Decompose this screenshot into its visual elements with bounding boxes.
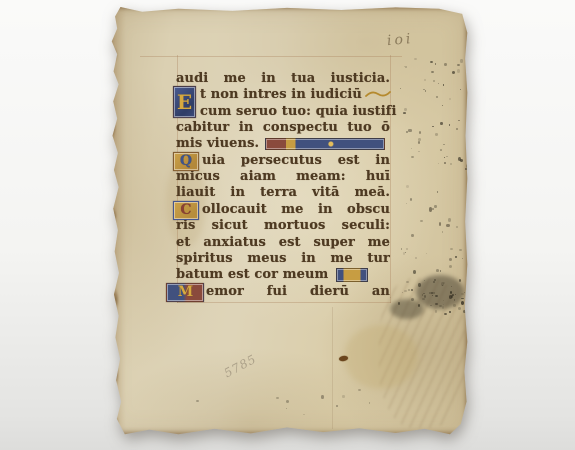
- ink-speck: [442, 306, 444, 309]
- ink-smudge: [390, 299, 424, 319]
- ink-speck: [444, 162, 446, 164]
- manuscript-text-line: spiritus meus in me tur: [176, 251, 390, 267]
- ink-speck: [411, 298, 414, 301]
- ink-speck: [443, 144, 445, 146]
- fold-crease: [332, 307, 333, 429]
- latin-text: cum seruo tuo: quia iustifi: [176, 104, 397, 119]
- ink-speck: [418, 138, 421, 141]
- edge-stain: [106, 117, 115, 139]
- ink-speck: [446, 224, 449, 227]
- manuscript-leaf-shadow: ioi 5785 audi me in tua iusticia.Et non …: [106, 7, 468, 436]
- ink-speck: [286, 408, 287, 409]
- latin-text: uia persecutus est in: [176, 153, 390, 168]
- ink-speck: [449, 98, 451, 101]
- manuscript-text-line: ris sicut mortuos seculi:: [176, 218, 390, 234]
- ink-speck: [426, 253, 428, 254]
- ink-speck: [446, 156, 448, 158]
- ink-speck: [438, 83, 439, 84]
- ink-speck: [449, 265, 452, 268]
- ink-speck: [443, 304, 445, 306]
- ink-speck: [404, 290, 407, 292]
- ink-speck: [414, 58, 417, 60]
- ink-speck: [321, 395, 324, 399]
- ink-speck: [415, 257, 417, 259]
- ink-speck: [443, 84, 445, 85]
- ink-speck: [440, 149, 443, 151]
- edge-stain: [107, 47, 117, 63]
- ink-speck: [406, 281, 409, 283]
- latin-text: micus aiam meam: huī: [176, 169, 390, 184]
- ink-speck: [336, 405, 338, 407]
- latin-text: emor fui dierū an: [176, 284, 390, 299]
- illuminated-initial-q: Q: [173, 152, 199, 171]
- latin-text: spiritus meus in me tur: [176, 251, 390, 266]
- ink-speck: [448, 218, 451, 222]
- ink-speck: [433, 80, 435, 82]
- manuscript-leaf: ioi 5785 audi me in tua iusticia.Et non …: [106, 7, 468, 436]
- ruling-line-horizontal-bottom: [177, 302, 391, 303]
- ink-speck: [431, 71, 434, 74]
- ink-speck: [406, 185, 409, 188]
- ink-speck: [406, 248, 408, 249]
- manuscript-text-line: audi me in tua iusticia.: [176, 71, 390, 87]
- ink-speck: [455, 294, 456, 295]
- ink-speck: [458, 120, 460, 122]
- ink-speck: [440, 270, 441, 271]
- latin-text: t non intres in iudiciū: [176, 87, 362, 102]
- manuscript-text-line: batum est cor meum: [176, 267, 390, 283]
- ink-speck: [410, 198, 412, 200]
- ink-speck: [276, 397, 279, 399]
- manuscript-text-line: mis viuens.: [176, 136, 390, 152]
- ink-speck: [466, 164, 469, 168]
- latin-text: liauit in terra vitā meā.: [176, 185, 390, 200]
- ink-speck: [303, 414, 305, 415]
- ink-speck: [462, 258, 463, 259]
- deckled-left-edge: [106, 7, 126, 436]
- latin-text: mis viuens.: [176, 136, 259, 151]
- ink-speck: [466, 65, 468, 67]
- ink-speck: [408, 289, 410, 292]
- ink-speck: [435, 63, 437, 65]
- ink-speck: [460, 89, 461, 90]
- ink-speck: [433, 281, 435, 283]
- ink-speck: [411, 156, 414, 158]
- folio-number: ioi: [386, 31, 414, 49]
- ruling-line-horizontal-top: [140, 56, 402, 57]
- ink-speck: [423, 293, 425, 295]
- ink-speck: [418, 304, 420, 306]
- ink-speck: [342, 395, 345, 398]
- manuscript-text-line: cabitur in conspectu tuo ō: [176, 120, 390, 136]
- ink-speck: [460, 159, 463, 162]
- ink-speck: [413, 270, 416, 274]
- photo-background: ioi 5785 audi me in tua iusticia.Et non …: [0, 0, 575, 450]
- ink-speck: [459, 279, 462, 282]
- ink-speck: [406, 203, 407, 204]
- ink-speck: [434, 205, 437, 209]
- ink-speck: [449, 124, 450, 125]
- latin-text: ris sicut mortuos seculi:: [176, 218, 390, 233]
- ink-speck: [437, 191, 439, 193]
- ink-speck: [457, 64, 460, 66]
- manuscript-text-line: cum seruo tuo: quia iustifi: [176, 104, 390, 120]
- ink-speck: [418, 141, 420, 144]
- ink-speck: [286, 400, 289, 403]
- ink-speck: [408, 129, 411, 131]
- manuscript-text-line: et anxiatus est super me: [176, 235, 390, 251]
- ink-speck: [444, 157, 445, 158]
- parchment-stain: [344, 325, 418, 389]
- ink-speck: [457, 69, 460, 73]
- ink-speck: [459, 249, 462, 251]
- illuminated-initial-e: E: [173, 86, 196, 118]
- manuscript-text-line: Quia persecutus est in: [176, 153, 390, 169]
- ink-speck: [463, 310, 466, 313]
- ink-speck: [425, 90, 427, 92]
- line-filler-ornament: [265, 138, 385, 150]
- ink-speck: [461, 293, 464, 295]
- ink-speck: [456, 128, 458, 130]
- ink-speck: [358, 389, 361, 391]
- ink-speck: [422, 298, 425, 300]
- ink-speck: [461, 298, 463, 300]
- ink-speck: [430, 61, 433, 63]
- ink-speck: [420, 220, 423, 223]
- ink-speck: [449, 258, 452, 261]
- ink-speck: [442, 231, 444, 232]
- ink-speck: [404, 66, 405, 67]
- ink-speck: [432, 208, 434, 210]
- ink-speck: [438, 163, 439, 164]
- ink-speck: [403, 112, 406, 114]
- ink-speck: [454, 299, 456, 301]
- ink-speck: [442, 105, 444, 106]
- ink-speck: [411, 148, 412, 150]
- ink-speck: [405, 252, 406, 253]
- gold-line-ending-swash: [365, 88, 391, 103]
- ink-speck: [455, 256, 458, 258]
- ink-speck: [453, 304, 456, 307]
- ink-speck: [450, 248, 453, 250]
- ink-speck: [424, 280, 425, 281]
- edge-stain: [106, 357, 118, 391]
- ink-speck: [418, 151, 420, 153]
- ink-speck: [460, 59, 463, 62]
- pencil-inscription: 5785: [222, 352, 259, 381]
- edge-stain: [108, 207, 116, 225]
- manuscript-text-line: liauit in terra vitā meā.: [176, 185, 390, 201]
- ink-speck: [461, 301, 464, 305]
- edge-stain: [108, 415, 118, 431]
- ink-speck: [419, 131, 421, 134]
- ink-speck: [418, 283, 421, 287]
- illuminated-initial-c: C: [173, 201, 199, 220]
- ink-speck: [401, 248, 402, 249]
- manuscript-text-line: Memor fui dierū an: [176, 284, 390, 300]
- ink-speck: [423, 89, 424, 90]
- ink-speck: [456, 226, 459, 228]
- latin-text: ollocauit me in obscu: [176, 202, 390, 217]
- ink-speck: [429, 207, 432, 212]
- ink-speck: [465, 168, 467, 170]
- manuscript-text-line: Et non intres in iudiciū: [176, 87, 390, 103]
- ink-speck: [411, 234, 414, 238]
- latin-text: cabitur in conspectu tuo ō: [176, 120, 390, 135]
- ink-speck: [369, 402, 370, 404]
- latin-text: et anxiatus est super me: [176, 235, 390, 250]
- ink-speck: [452, 71, 455, 74]
- ink-speck: [436, 96, 438, 97]
- ink-speck: [444, 313, 447, 316]
- ink-speck: [450, 163, 452, 165]
- ink-speck: [440, 122, 443, 126]
- ink-speck: [444, 63, 447, 66]
- line-filler-ornament: [336, 268, 368, 282]
- ink-speck: [432, 126, 434, 127]
- ink-speck: [435, 133, 438, 136]
- latin-text: audi me in tua iusticia.: [176, 71, 390, 86]
- ink-speck: [405, 66, 407, 69]
- ink-speck: [196, 400, 199, 403]
- latin-text: batum est cor meum: [176, 267, 328, 282]
- ink-speck: [400, 88, 401, 90]
- ink-speck: [406, 131, 408, 133]
- illuminated-initial-m: M: [166, 283, 204, 302]
- manuscript-text-line: Collocauit me in obscu: [176, 202, 390, 218]
- ink-speck: [404, 108, 407, 111]
- ink-speck: [443, 300, 444, 301]
- edge-stain: [107, 287, 118, 313]
- manuscript-text-line: micus aiam meam: huī: [176, 169, 390, 185]
- ink-speck: [439, 222, 442, 225]
- ink-speck: [424, 79, 426, 82]
